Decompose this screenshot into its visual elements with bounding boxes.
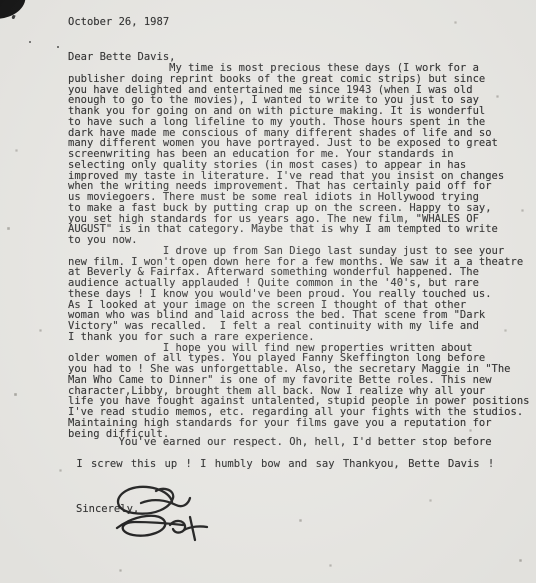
ink-fleck — [11, 15, 15, 20]
letter-closing-line-2: I screw this up ! I humbly bow and say T… — [68, 459, 494, 470]
ink-fleck — [57, 46, 59, 48]
letter-date: October 26, 1987 — [68, 17, 169, 28]
handwritten-signature-shel-dorf — [108, 482, 216, 550]
letter-closing-line-1: You've earned our respect. Oh, hell, I'd… — [68, 437, 492, 448]
letter-body: My time is most precious these days (I w… — [68, 63, 529, 439]
letter-page: October 26, 1987 Dear Bette Davis, My ti… — [0, 0, 536, 583]
paper-speckles — [0, 0, 1, 1]
ink-fleck — [29, 41, 31, 43]
